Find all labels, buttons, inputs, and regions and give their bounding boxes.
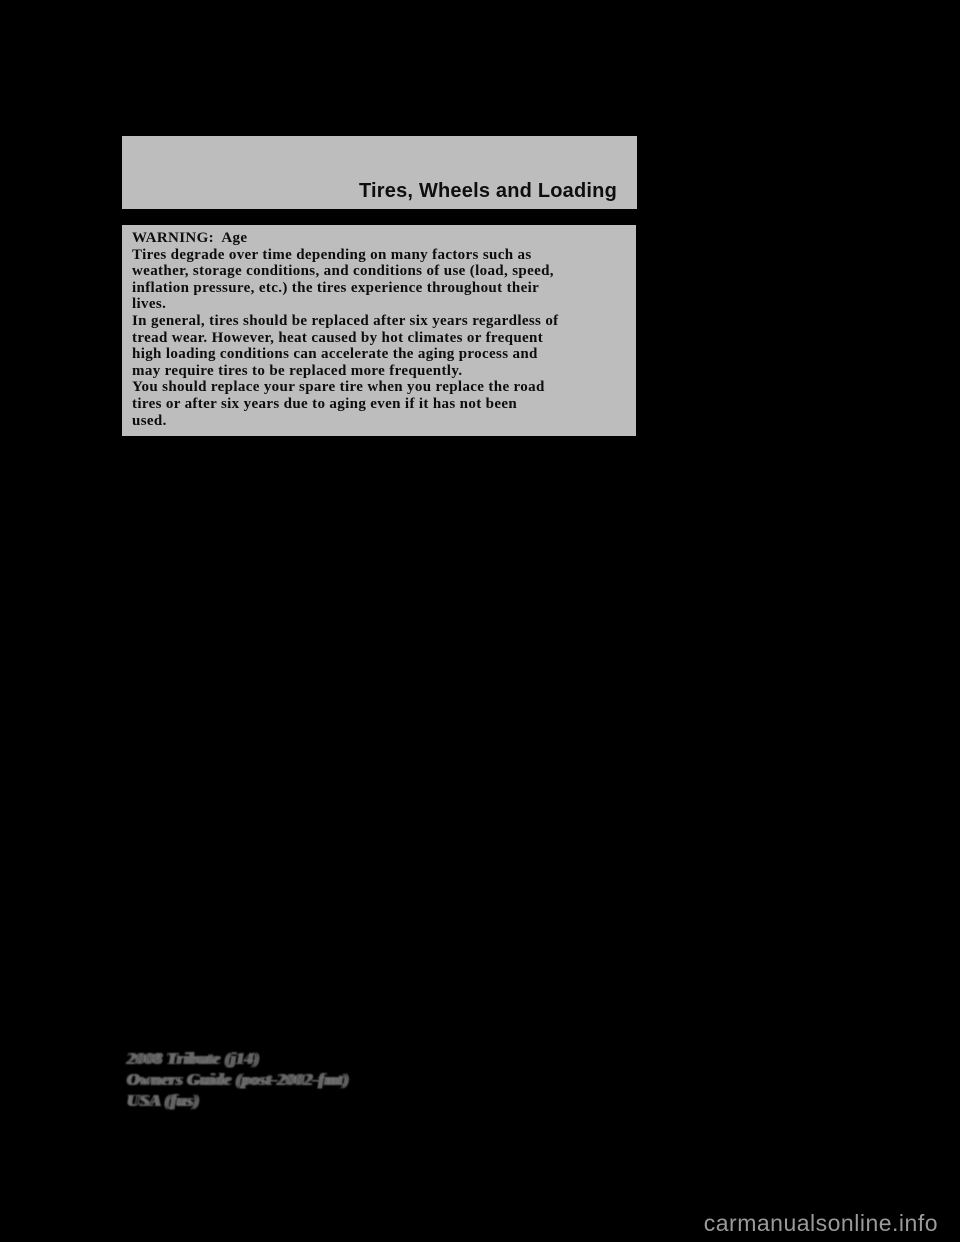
manual-page: Tires, Wheels and Loading WARNING: AgeTi…: [0, 0, 960, 1242]
warning-text-line: WARNING: Age: [132, 230, 630, 247]
warning-text-line: In general, tires should be replaced aft…: [132, 313, 630, 330]
footer-text-line: USA (fus): [126, 1090, 348, 1111]
watermark-site-link[interactable]: carmanualsonline.info: [704, 1210, 938, 1237]
warning-text-line: lives.: [132, 296, 630, 313]
footer-text-line: 2008 Tribute (j14): [126, 1048, 348, 1069]
tire-age-warning-panel: WARNING: AgeTires degrade over time depe…: [122, 225, 636, 436]
warning-text-line: used.: [132, 413, 630, 430]
warning-text-line: high loading conditions can accelerate t…: [132, 346, 630, 363]
document-footer-note: 2008 Tribute (j14)Owners Guide (post-200…: [126, 1048, 348, 1111]
warning-text-line: Tires degrade over time depending on man…: [132, 247, 630, 264]
chapter-header-panel: Tires, Wheels and Loading: [122, 136, 637, 209]
warning-text-line: You should replace your spare tire when …: [132, 379, 630, 396]
footer-text-line: Owners Guide (post-2002-fmt): [126, 1069, 348, 1090]
warning-text-line: inflation pressure, etc.) the tires expe…: [132, 280, 630, 297]
warning-text-line: may require tires to be replaced more fr…: [132, 363, 630, 380]
warning-text-line: weather, storage conditions, and conditi…: [132, 263, 630, 280]
warning-text-line: tread wear. However, heat caused by hot …: [132, 330, 630, 347]
chapter-title: Tires, Wheels and Loading: [359, 180, 617, 203]
warning-text-line: tires or after six years due to aging ev…: [132, 396, 630, 413]
